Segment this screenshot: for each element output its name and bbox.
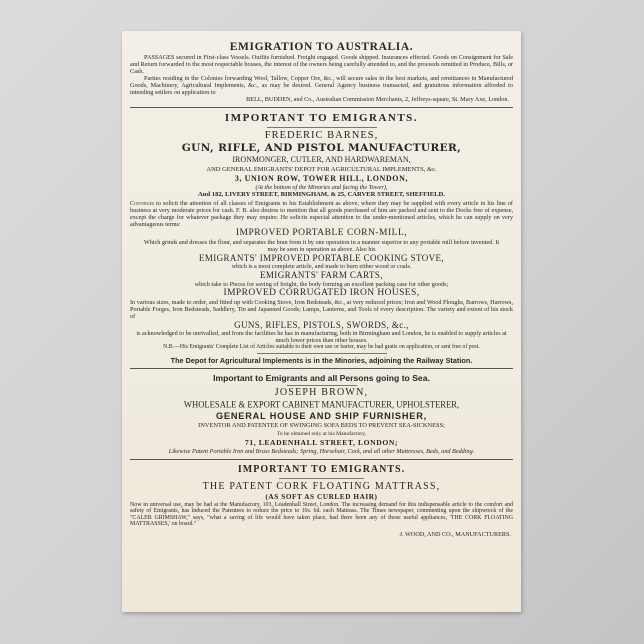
- intro-text: to solicit the attention of all classes …: [130, 200, 513, 228]
- intro-lead: Continues: [130, 200, 154, 207]
- product-text: Which grinds and dresses the flour, and …: [130, 239, 513, 253]
- address: 3, UNION ROW, TOWER HILL, LONDON,: [130, 174, 513, 184]
- product-text: which is a most complete article, and ma…: [130, 263, 513, 270]
- section-title: IMPORTANT TO EMIGRANTS.: [130, 464, 513, 476]
- section-title: Important to Emigrants and all Persons g…: [130, 372, 513, 384]
- branches: And 182, LIVERY STREET, BIRMINGHAM, & 25…: [130, 191, 513, 200]
- advertiser-trade: GUN, RIFLE, AND PISTOL MANUFACTURER,: [130, 142, 513, 155]
- paragraph: Parties residing in the Colonies forward…: [130, 75, 513, 96]
- signature: J. WOOD, AND CO., MANUFACTURERS.: [130, 531, 513, 538]
- advertiser-trade-3: AND GENERAL EMIGRANTS' DEPOT FOR AGRICUL…: [130, 165, 513, 174]
- obtain-note: To be obtained only at his Manufactory,: [130, 431, 513, 438]
- paragraph: PASSAGES secured in First-class Vessels.…: [130, 54, 513, 75]
- advertiser-trade-2: IRONMONGER, CUTLER, AND HARDWAREMAN,: [130, 155, 513, 165]
- product-heading: IMPROVED PORTABLE CORN-MILL,: [130, 228, 513, 239]
- product-heading: EMIGRANTS' FARM CARTS,: [130, 270, 513, 281]
- poster: EMIGRATION TO AUSTRALIA. PASSAGES secure…: [122, 31, 521, 612]
- divider: [287, 385, 357, 386]
- depot-notice: The Depot for Agricultural Implements is…: [130, 356, 513, 366]
- paragraph: Now in universal use, may be had at the …: [130, 502, 513, 528]
- advertiser-trade-3: INVENTOR AND PATENTEE OF SWINGING SOFA B…: [130, 422, 513, 431]
- advertiser-trade: WHOLESALE & EXPORT CABINET MANUFACTURER,…: [130, 398, 513, 411]
- product-text: In various sizes, made to order, and fit…: [130, 299, 513, 320]
- product-heading: GUNS, RIFLES, PISTOLS, SWORDS, &c.,: [130, 320, 513, 331]
- section-cork-mattrass: IMPORTANT TO EMIGRANTS. THE PATENT CORK …: [130, 460, 513, 538]
- product-name: THE PATENT CORK FLOATING MATTRASS,: [130, 481, 513, 493]
- section-joseph-brown: Important to Emigrants and all Persons g…: [130, 369, 513, 456]
- product-text: is acknowledged to be unrivalled, and fr…: [130, 330, 513, 344]
- signature: BELL, BUDDEN, and Co., Australian Commis…: [130, 96, 513, 103]
- product-subtitle: (AS SOFT AS CURLED HAIR): [130, 493, 513, 502]
- section-title: IMPORTANT TO EMIGRANTS.: [130, 112, 513, 125]
- address: 71, LEADENHALL STREET, LONDON;: [130, 438, 513, 448]
- advertiser-name: FREDERIC BARNES,: [130, 130, 513, 142]
- section-emigration-australia: EMIGRATION TO AUSTRALIA. PASSAGES secure…: [130, 31, 513, 103]
- divider: [279, 478, 364, 479]
- nota-bene: N.B.—His Emigrants' Complete List of Art…: [130, 344, 513, 351]
- advertiser-trade-2: GENERAL HOUSE AND SHIP FURNISHER,: [130, 410, 513, 422]
- intro-paragraph: Continues to solicit the attention of al…: [130, 200, 513, 228]
- divider: [267, 127, 377, 128]
- section-title: EMIGRATION TO AUSTRALIA.: [130, 41, 513, 54]
- divider: [257, 353, 387, 354]
- product-heading: EMIGRANTS' IMPROVED PORTABLE COOKING STO…: [130, 253, 513, 264]
- section-frederic-barnes: IMPORTANT TO EMIGRANTS. FREDERIC BARNES,…: [130, 108, 513, 366]
- address-note: (At the bottom of the Minories and facin…: [130, 184, 513, 191]
- product-heading: IMPROVED CORRUGATED IRON HOUSES,: [130, 288, 513, 299]
- likewise-note: Likewise Patent Portable Iron and Brass …: [130, 448, 513, 456]
- product-text: which take to Pieces for saving of freig…: [130, 281, 513, 288]
